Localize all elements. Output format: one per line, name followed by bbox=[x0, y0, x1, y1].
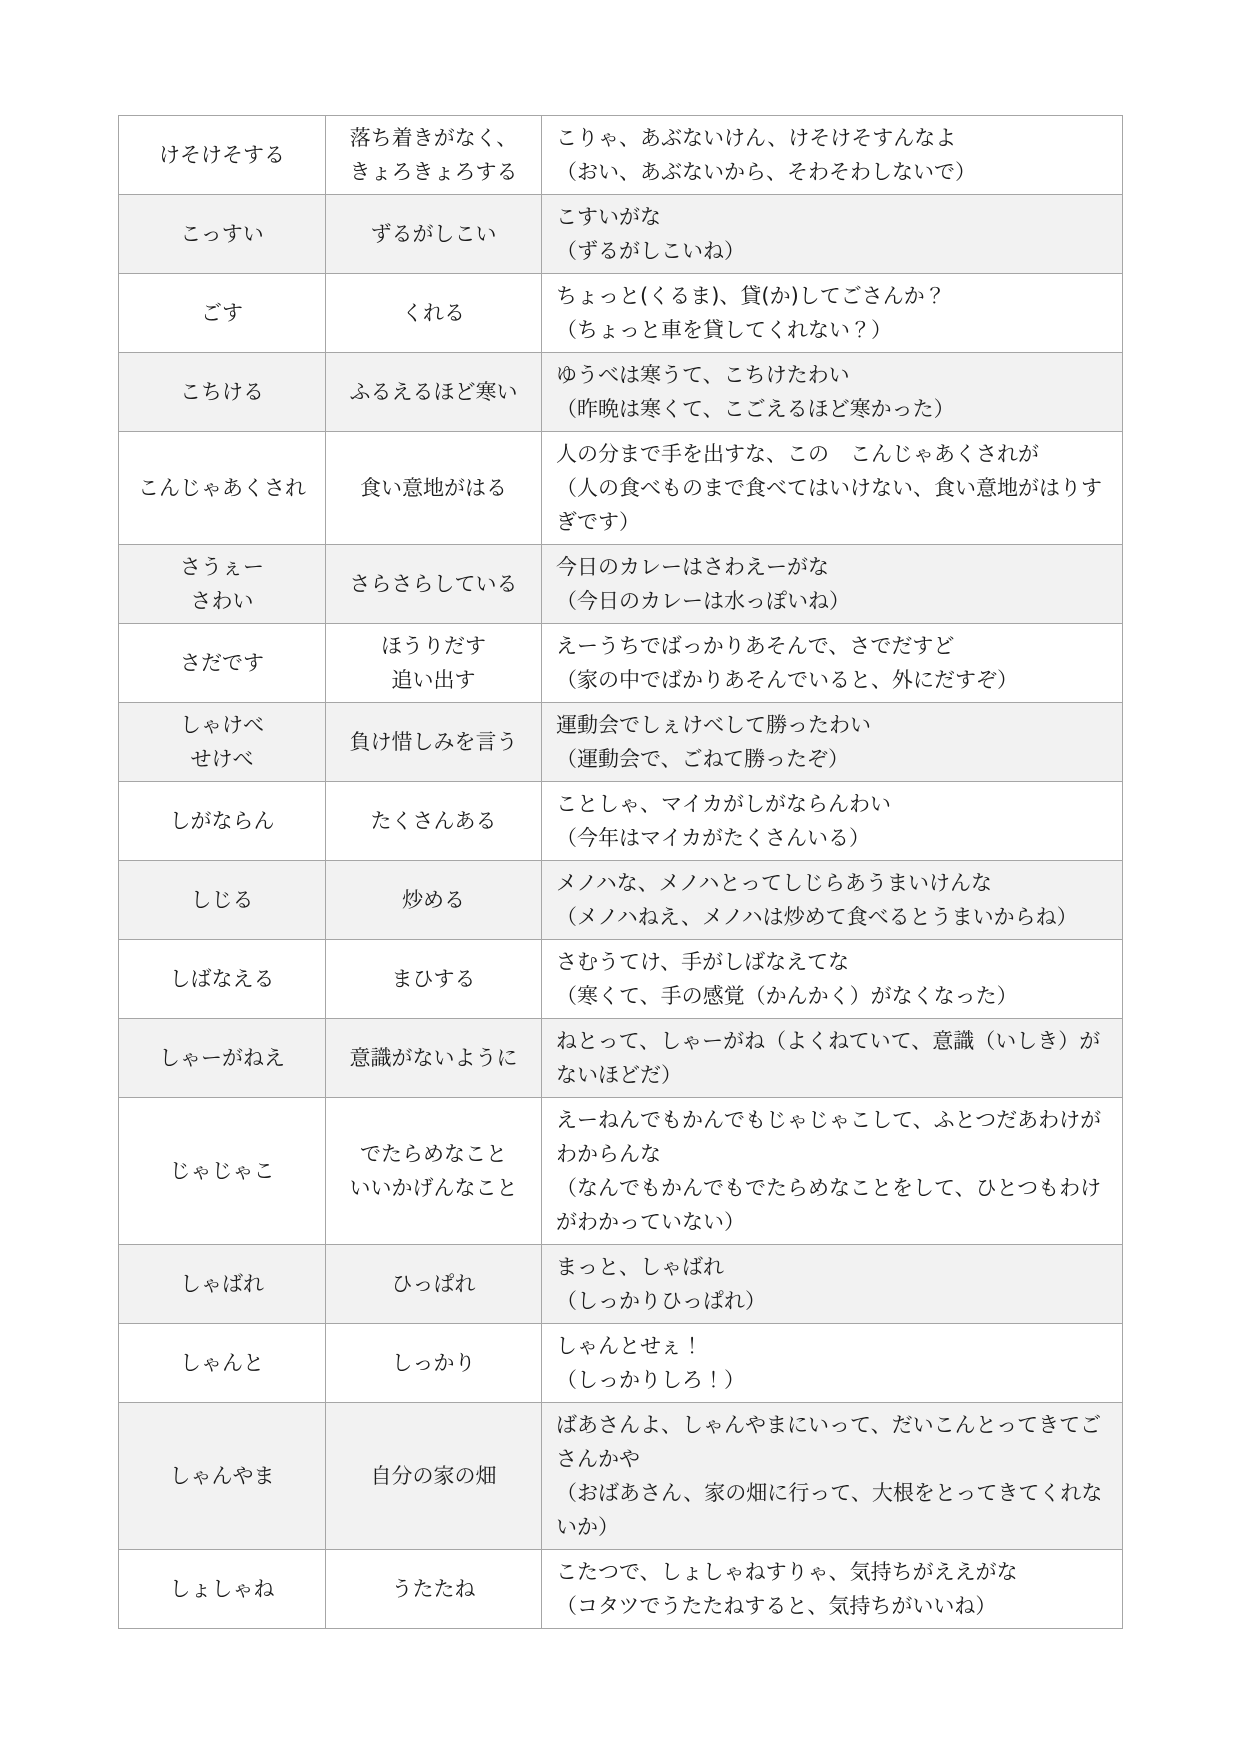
glossary-row: こちける ふるえるほど寒い ゆうべは寒うて、こちけたわい （昨晩は寒くて、こごえ… bbox=[119, 353, 1123, 432]
example-sentence-cell: ばあさんよ、しゃんやまにいって、だいこんとってきてごさんかや （おばあさん、家の… bbox=[542, 1403, 1123, 1550]
dialect-word-cell: しゃばれ bbox=[119, 1245, 326, 1324]
glossary-row: しゃーがねえ 意識がないように ねとって、しゃーがね（よくねていて、意識（いしき… bbox=[119, 1019, 1123, 1098]
meaning-cell: 食い意地がはる bbox=[326, 432, 542, 545]
example-sentence-cell: えーねんでもかんでもじゃじゃこして、ふとつだあわけがわからんな （なんでもかんで… bbox=[542, 1098, 1123, 1245]
glossary-row: しょしゃね うたたね こたつで、しょしゃねすりゃ、気持ちがええがな （コタツでう… bbox=[119, 1550, 1123, 1629]
example-sentence-cell: ちょっと(くるま)、貸(か)してごさんか？ （ちょっと車を貸してくれない？） bbox=[542, 274, 1123, 353]
example-sentence-cell: 今日のカレーはさわえーがな （今日のカレーは水っぽいね） bbox=[542, 545, 1123, 624]
example-sentence-cell: こりゃ、あぶないけん、けそけそすんなよ （おい、あぶないから、そわそわしないで） bbox=[542, 116, 1123, 195]
glossary-row: しばなえる まひする さむうてけ、手がしばなえてな （寒くて、手の感覚（かんかく… bbox=[119, 940, 1123, 1019]
dialect-word-cell: さだです bbox=[119, 624, 326, 703]
example-sentence-cell: ゆうべは寒うて、こちけたわい （昨晩は寒くて、こごえるほど寒かった） bbox=[542, 353, 1123, 432]
glossary-table-body: けそけそする 落ち着きがなく、 きょろきょろする こりゃ、あぶないけん、けそけそ… bbox=[119, 116, 1123, 1629]
dialect-word-cell: しばなえる bbox=[119, 940, 326, 1019]
dialect-word-cell: ごす bbox=[119, 274, 326, 353]
dialect-word-cell: しゃんやま bbox=[119, 1403, 326, 1550]
document-page: けそけそする 落ち着きがなく、 きょろきょろする こりゃ、あぶないけん、けそけそ… bbox=[0, 0, 1241, 1669]
dialect-word-cell: しょしゃね bbox=[119, 1550, 326, 1629]
dialect-word-cell: しがならん bbox=[119, 782, 326, 861]
example-sentence-cell: ねとって、しゃーがね（よくねていて、意識（いしき）がないほどだ） bbox=[542, 1019, 1123, 1098]
dialect-word-cell: けそけそする bbox=[119, 116, 326, 195]
meaning-cell: ずるがしこい bbox=[326, 195, 542, 274]
meaning-cell: うたたね bbox=[326, 1550, 542, 1629]
glossary-row: ごす くれる ちょっと(くるま)、貸(か)してごさんか？ （ちょっと車を貸してく… bbox=[119, 274, 1123, 353]
glossary-row: さうぇー さわい さらさらしている 今日のカレーはさわえーがな （今日のカレーは… bbox=[119, 545, 1123, 624]
meaning-cell: 意識がないように bbox=[326, 1019, 542, 1098]
glossary-row: こっすい ずるがしこい こすいがな （ずるがしこいね） bbox=[119, 195, 1123, 274]
example-sentence-cell: 運動会でしぇけべして勝ったわい （運動会で、ごねて勝ったぞ） bbox=[542, 703, 1123, 782]
glossary-row: しがならん たくさんある ことしゃ、マイカがしがならんわい （今年はマイカがたく… bbox=[119, 782, 1123, 861]
dialect-glossary-table: けそけそする 落ち着きがなく、 きょろきょろする こりゃ、あぶないけん、けそけそ… bbox=[118, 115, 1123, 1629]
dialect-word-cell: さうぇー さわい bbox=[119, 545, 326, 624]
meaning-cell: まひする bbox=[326, 940, 542, 1019]
glossary-row: じゃじゃこ でたらめなこと いいかげんなこと えーねんでもかんでもじゃじゃこして… bbox=[119, 1098, 1123, 1245]
meaning-cell: ひっぱれ bbox=[326, 1245, 542, 1324]
glossary-row: しゃんやま 自分の家の畑 ばあさんよ、しゃんやまにいって、だいこんとってきてごさ… bbox=[119, 1403, 1123, 1550]
example-sentence-cell: まっと、しゃばれ （しっかりひっぱれ） bbox=[542, 1245, 1123, 1324]
example-sentence-cell: さむうてけ、手がしばなえてな （寒くて、手の感覚（かんかく）がなくなった） bbox=[542, 940, 1123, 1019]
example-sentence-cell: ことしゃ、マイカがしがならんわい （今年はマイカがたくさんいる） bbox=[542, 782, 1123, 861]
glossary-row: こんじゃあくされ 食い意地がはる 人の分まで手を出すな、この こんじゃあくされが… bbox=[119, 432, 1123, 545]
example-sentence-cell: こすいがな （ずるがしこいね） bbox=[542, 195, 1123, 274]
glossary-row: さだです ほうりだす 追い出す えーうちでばっかりあそんで、さでだすど （家の中… bbox=[119, 624, 1123, 703]
dialect-word-cell: しじる bbox=[119, 861, 326, 940]
example-sentence-cell: メノハな、メノハとってしじらあうまいけんな （メノハねえ、メノハは炒めて食べると… bbox=[542, 861, 1123, 940]
meaning-cell: 負け惜しみを言う bbox=[326, 703, 542, 782]
dialect-word-cell: しゃんと bbox=[119, 1324, 326, 1403]
example-sentence-cell: えーうちでばっかりあそんで、さでだすど （家の中でばかりあそんでいると、外にだす… bbox=[542, 624, 1123, 703]
meaning-cell: 自分の家の畑 bbox=[326, 1403, 542, 1550]
glossary-row: しゃけべ せけべ 負け惜しみを言う 運動会でしぇけべして勝ったわい （運動会で、… bbox=[119, 703, 1123, 782]
meaning-cell: ふるえるほど寒い bbox=[326, 353, 542, 432]
glossary-row: しじる 炒める メノハな、メノハとってしじらあうまいけんな （メノハねえ、メノハ… bbox=[119, 861, 1123, 940]
glossary-row: しゃんと しっかり しゃんとせぇ！ （しっかりしろ！） bbox=[119, 1324, 1123, 1403]
example-sentence-cell: しゃんとせぇ！ （しっかりしろ！） bbox=[542, 1324, 1123, 1403]
meaning-cell: しっかり bbox=[326, 1324, 542, 1403]
example-sentence-cell: 人の分まで手を出すな、この こんじゃあくされが （人の食べものまで食べてはいけな… bbox=[542, 432, 1123, 545]
meaning-cell: さらさらしている bbox=[326, 545, 542, 624]
meaning-cell: ほうりだす 追い出す bbox=[326, 624, 542, 703]
dialect-word-cell: しゃけべ せけべ bbox=[119, 703, 326, 782]
meaning-cell: くれる bbox=[326, 274, 542, 353]
dialect-word-cell: じゃじゃこ bbox=[119, 1098, 326, 1245]
dialect-word-cell: こちける bbox=[119, 353, 326, 432]
dialect-word-cell: しゃーがねえ bbox=[119, 1019, 326, 1098]
dialect-word-cell: こっすい bbox=[119, 195, 326, 274]
dialect-word-cell: こんじゃあくされ bbox=[119, 432, 326, 545]
glossary-row: しゃばれ ひっぱれ まっと、しゃばれ （しっかりひっぱれ） bbox=[119, 1245, 1123, 1324]
meaning-cell: たくさんある bbox=[326, 782, 542, 861]
meaning-cell: 落ち着きがなく、 きょろきょろする bbox=[326, 116, 542, 195]
meaning-cell: 炒める bbox=[326, 861, 542, 940]
meaning-cell: でたらめなこと いいかげんなこと bbox=[326, 1098, 542, 1245]
glossary-row: けそけそする 落ち着きがなく、 きょろきょろする こりゃ、あぶないけん、けそけそ… bbox=[119, 116, 1123, 195]
example-sentence-cell: こたつで、しょしゃねすりゃ、気持ちがええがな （コタツでうたたねすると、気持ちが… bbox=[542, 1550, 1123, 1629]
